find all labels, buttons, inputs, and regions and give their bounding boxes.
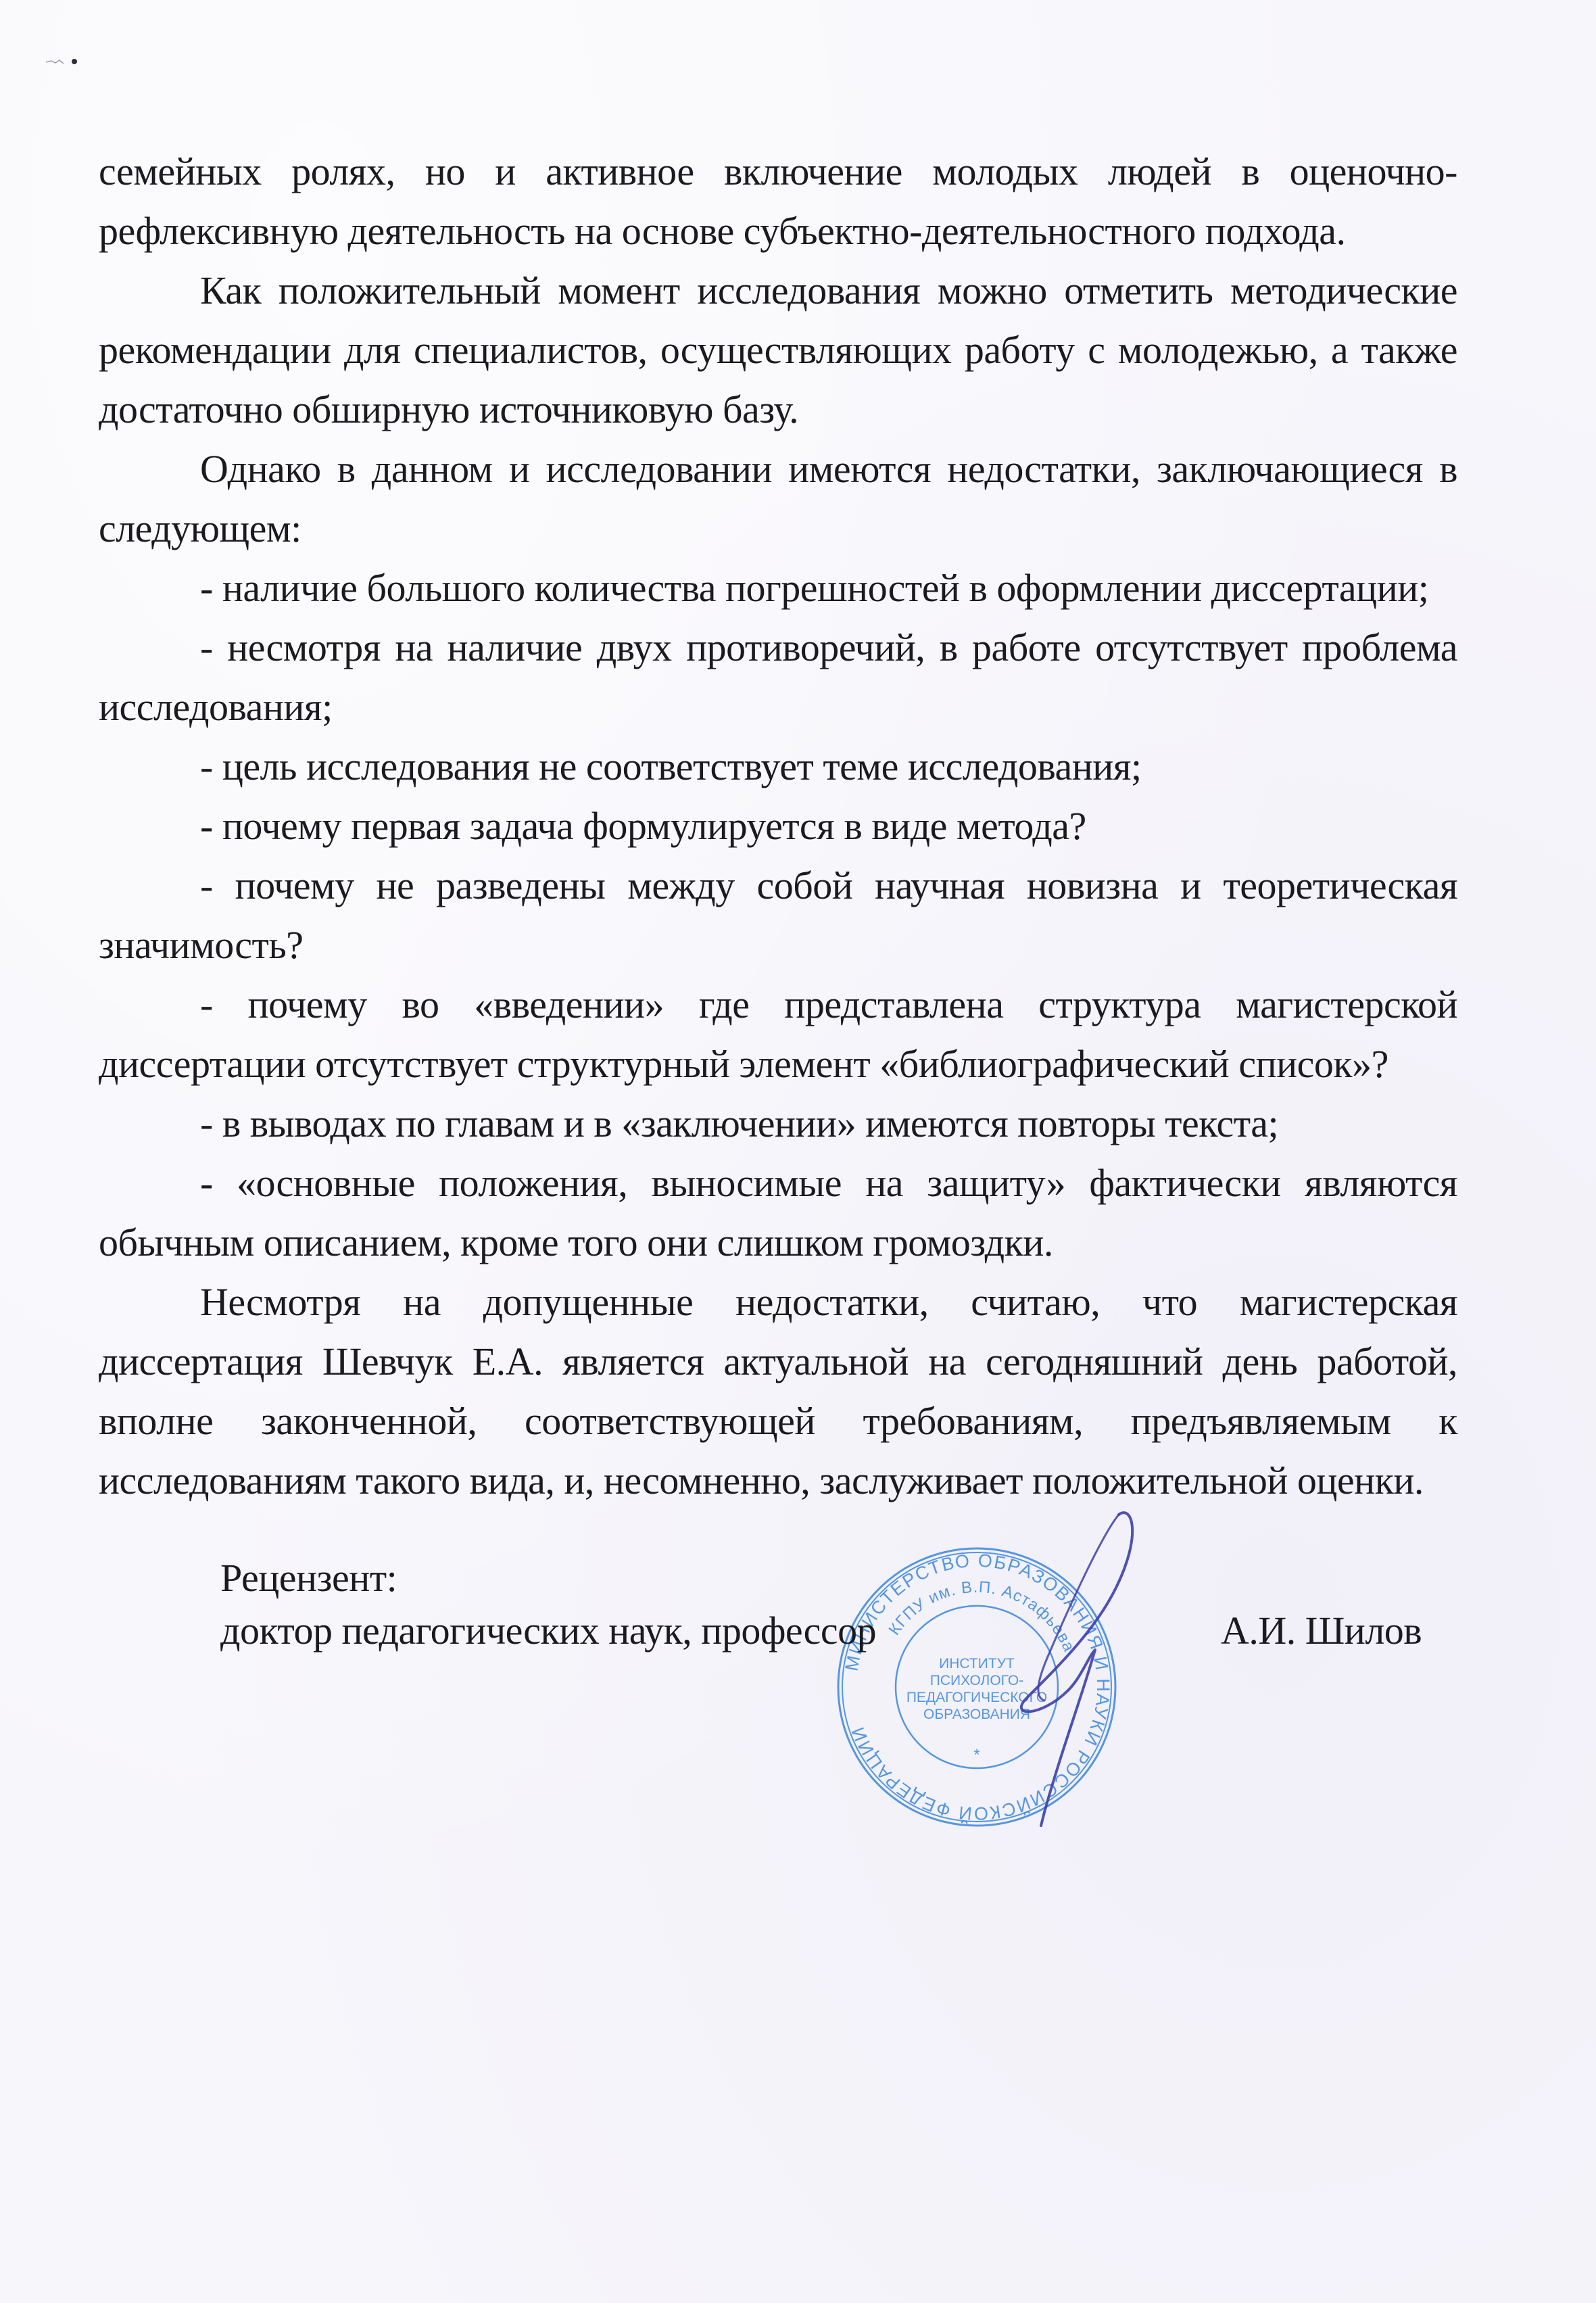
list-item: - цель исследования не соответствует тем…: [99, 737, 1457, 797]
paragraph-continuation: семейных ролях, но и активное включение …: [99, 142, 1457, 261]
signature-block: Рецензент: доктор педагогических наук, п…: [220, 1552, 1451, 1657]
reviewer-label: Рецензент:: [220, 1552, 1451, 1605]
list-item: - несмотря на наличие двух противоречий,…: [99, 618, 1457, 737]
stamp-center-line-4: ОБРАЗОВАНИЯ: [923, 1707, 1030, 1722]
list-item: - «основные положения, выносимые на защи…: [99, 1154, 1457, 1273]
paragraph-positive-points: Как положительный момент исследования мо…: [99, 261, 1457, 440]
stamp-center-line-1: ИНСТИТУТ: [939, 1656, 1015, 1671]
stamp-center-line-3: ПЕДАГОГИЧЕСКОГО: [906, 1690, 1047, 1705]
stamp-center-line-2: ПСИХОЛОГО-: [930, 1673, 1023, 1688]
list-item: - почему первая задача формулируется в в…: [99, 797, 1457, 856]
document-body: семейных ролях, но и активное включение …: [99, 142, 1457, 1511]
signature-icon: [980, 1494, 1156, 1846]
paragraph-shortcomings-intro: Однако в данном и исследовании имеются н…: [99, 440, 1457, 559]
list-item: - наличие большого количества погрешност…: [99, 559, 1457, 618]
list-item: - в выводах по главам и в «заключении» и…: [99, 1094, 1457, 1154]
shortcomings-list: - наличие большого количества погрешност…: [99, 559, 1457, 1273]
stamp-star: *: [973, 1746, 980, 1764]
reviewer-name: А.И. Шилов: [1221, 1605, 1422, 1657]
paragraph-conclusion: Несмотря на допущенные недостатки, счита…: [99, 1273, 1457, 1511]
list-item: - почему во «введении» где представлена …: [99, 975, 1457, 1094]
list-item: - почему не разведены между собой научна…: [99, 856, 1457, 975]
scan-mark-icon: [45, 57, 87, 66]
